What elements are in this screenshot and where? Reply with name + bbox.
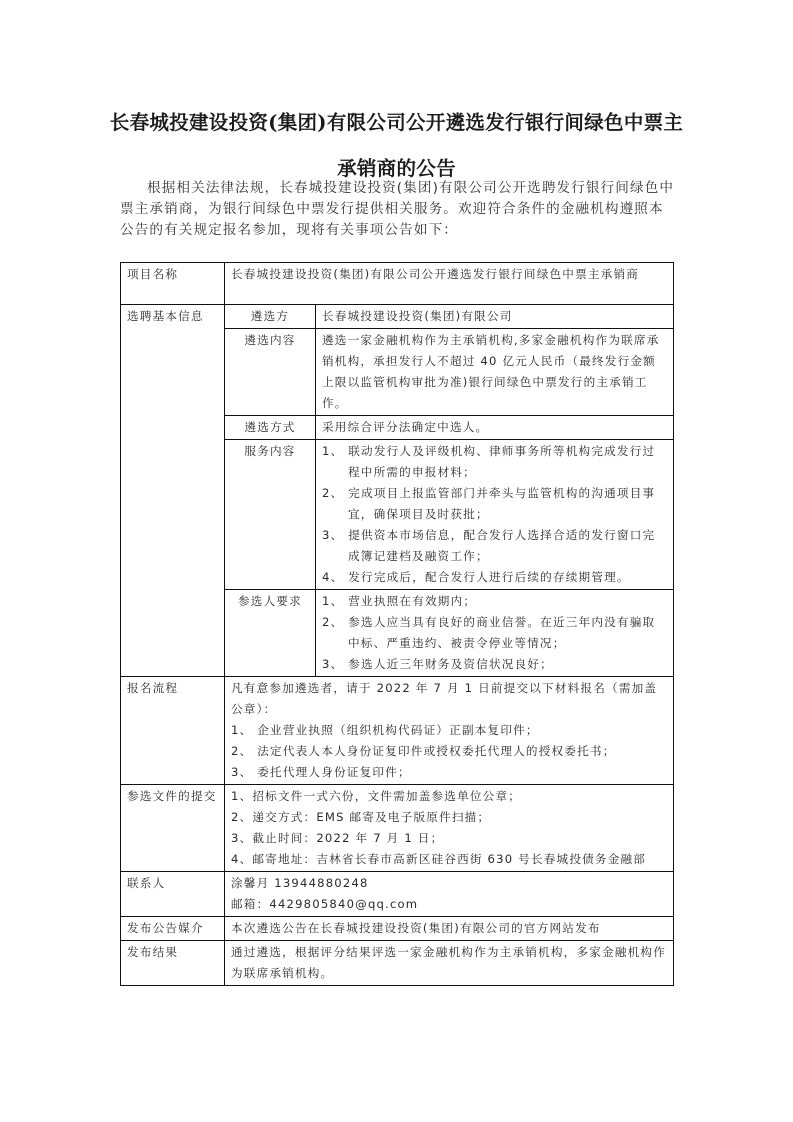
label-contact: 联系人	[121, 872, 225, 917]
value-contact: 涂馨月 13944880248 邮箱：4429805840@qq.com	[225, 872, 674, 917]
service-item: 4、 发行完成后，配合发行人进行后续的存续期管理。	[322, 567, 667, 588]
submission-item: 1、招标文件一式六份，文件需加盖参选单位公章；	[231, 786, 667, 807]
value-media: 本次遴选公告在长春城投建设投资(集团)有限公司的官方网站发布	[225, 917, 674, 941]
row-media: 发布公告媒介 本次遴选公告在长春城投建设投资(集团)有限公司的官方网站发布	[121, 917, 674, 941]
label-media: 发布公告媒介	[121, 917, 225, 941]
row-selector: 选聘基本信息 遴选方 长春城投建设投资(集团)有限公司	[121, 305, 674, 329]
row-contact: 联系人 涂馨月 13944880248 邮箱：4429805840@qq.com	[121, 872, 674, 917]
submission-item: 4、邮寄地址：吉林省长春市高新区硅谷西街 630 号长春城投债务金融部	[231, 849, 667, 870]
row-registration: 报名流程 凡有意参加遴选者，请于 2022 年 7 月 1 日前提交以下材料报名…	[121, 677, 674, 785]
row-project-name: 项目名称 长春城投建设投资(集团)有限公司公开遴选发行银行间绿色中票主承销商	[121, 263, 674, 305]
value-project-name: 长春城投建设投资(集团)有限公司公开遴选发行银行间绿色中票主承销商	[225, 263, 674, 305]
service-item: 1、 联动发行人及评级机构、律师事务所等机构完成发行过程中所需的申报材料；	[322, 441, 667, 483]
submission-item: 3、截止时间：2022 年 7 月 1 日；	[231, 828, 667, 849]
label-services: 服务内容	[225, 440, 316, 590]
value-services: 1、 联动发行人及评级机构、律师事务所等机构完成发行过程中所需的申报材料； 2、…	[316, 440, 674, 590]
service-item: 3、 提供资本市场信息，配合发行人选择合适的发行窗口完成簿记建档及融资工作；	[322, 525, 667, 567]
registration-item: 2、 法定代表人本人身份证复印件或授权委托代理人的授权委托书；	[231, 741, 667, 762]
label-project-name: 项目名称	[121, 263, 225, 305]
value-submission: 1、招标文件一式六份，文件需加盖参选单位公章； 2、递交方式：EMS 邮寄及电子…	[225, 785, 674, 872]
title-line-1: 长春城投建设投资(集团)有限公司公开遴选发行银行间绿色中票主	[110, 111, 683, 134]
row-result: 发布结果 通过遴选，根据评分结果评选一家金融机构作为主承销机构，多家金融机构作为…	[121, 941, 674, 986]
label-basic-info: 选聘基本信息	[121, 305, 225, 677]
contact-email: 邮箱：4429805840@qq.com	[231, 894, 667, 915]
value-registration: 凡有意参加遴选者，请于 2022 年 7 月 1 日前提交以下材料报名（需加盖公…	[225, 677, 674, 785]
registration-item: 1、 企业营业执照（组织机构代码证）正副本复印件；	[231, 720, 667, 741]
service-item: 2、 完成项目上报监管部门并牵头与监管机构的沟通项目事宜，确保项目及时获批；	[322, 483, 667, 525]
value-selector: 长春城投建设投资(集团)有限公司	[316, 305, 674, 329]
row-submission: 参选文件的提交 1、招标文件一式六份，文件需加盖参选单位公章； 2、递交方式：E…	[121, 785, 674, 872]
label-registration: 报名流程	[121, 677, 225, 785]
label-requirements: 参选人要求	[225, 590, 316, 677]
value-result: 通过遴选，根据评分结果评选一家金融机构作为主承销机构，多家金融机构作为联席承销机…	[225, 941, 674, 986]
registration-intro: 凡有意参加遴选者，请于 2022 年 7 月 1 日前提交以下材料报名（需加盖公…	[231, 678, 667, 720]
label-submission: 参选文件的提交	[121, 785, 225, 872]
value-content: 遴选一家金融机构作为主承销机构,多家金融机构作为联席承销机构，承担发行人不超过 …	[316, 329, 674, 416]
value-requirements: 1、 营业执照在有效期内； 2、 参选人应当具有良好的商业信誉。在近三年内没有骗…	[316, 590, 674, 677]
requirement-item: 1、 营业执照在有效期内；	[322, 591, 667, 612]
label-content: 遴选内容	[225, 329, 316, 416]
requirement-item: 3、 参选人近三年财务及资信状况良好；	[322, 654, 667, 675]
registration-item: 3、 委托代理人身份证复印件；	[231, 762, 667, 783]
label-selector: 遴选方	[225, 305, 316, 329]
intro-paragraph: 根据相关法律法规，长春城投建设投资(集团)有限公司公开选聘发行银行间绿色中票主承…	[120, 178, 675, 241]
announcement-table: 项目名称 长春城投建设投资(集团)有限公司公开遴选发行银行间绿色中票主承销商 选…	[120, 262, 674, 986]
submission-item: 2、递交方式：EMS 邮寄及电子版原件扫描；	[231, 807, 667, 828]
contact-person: 涂馨月 13944880248	[231, 873, 667, 894]
label-result: 发布结果	[121, 941, 225, 986]
requirement-item: 2、 参选人应当具有良好的商业信誉。在近三年内没有骗取中标、严重违约、被责令停业…	[322, 612, 667, 654]
value-method: 采用综合评分法确定中选人。	[316, 416, 674, 440]
label-method: 遴选方式	[225, 416, 316, 440]
